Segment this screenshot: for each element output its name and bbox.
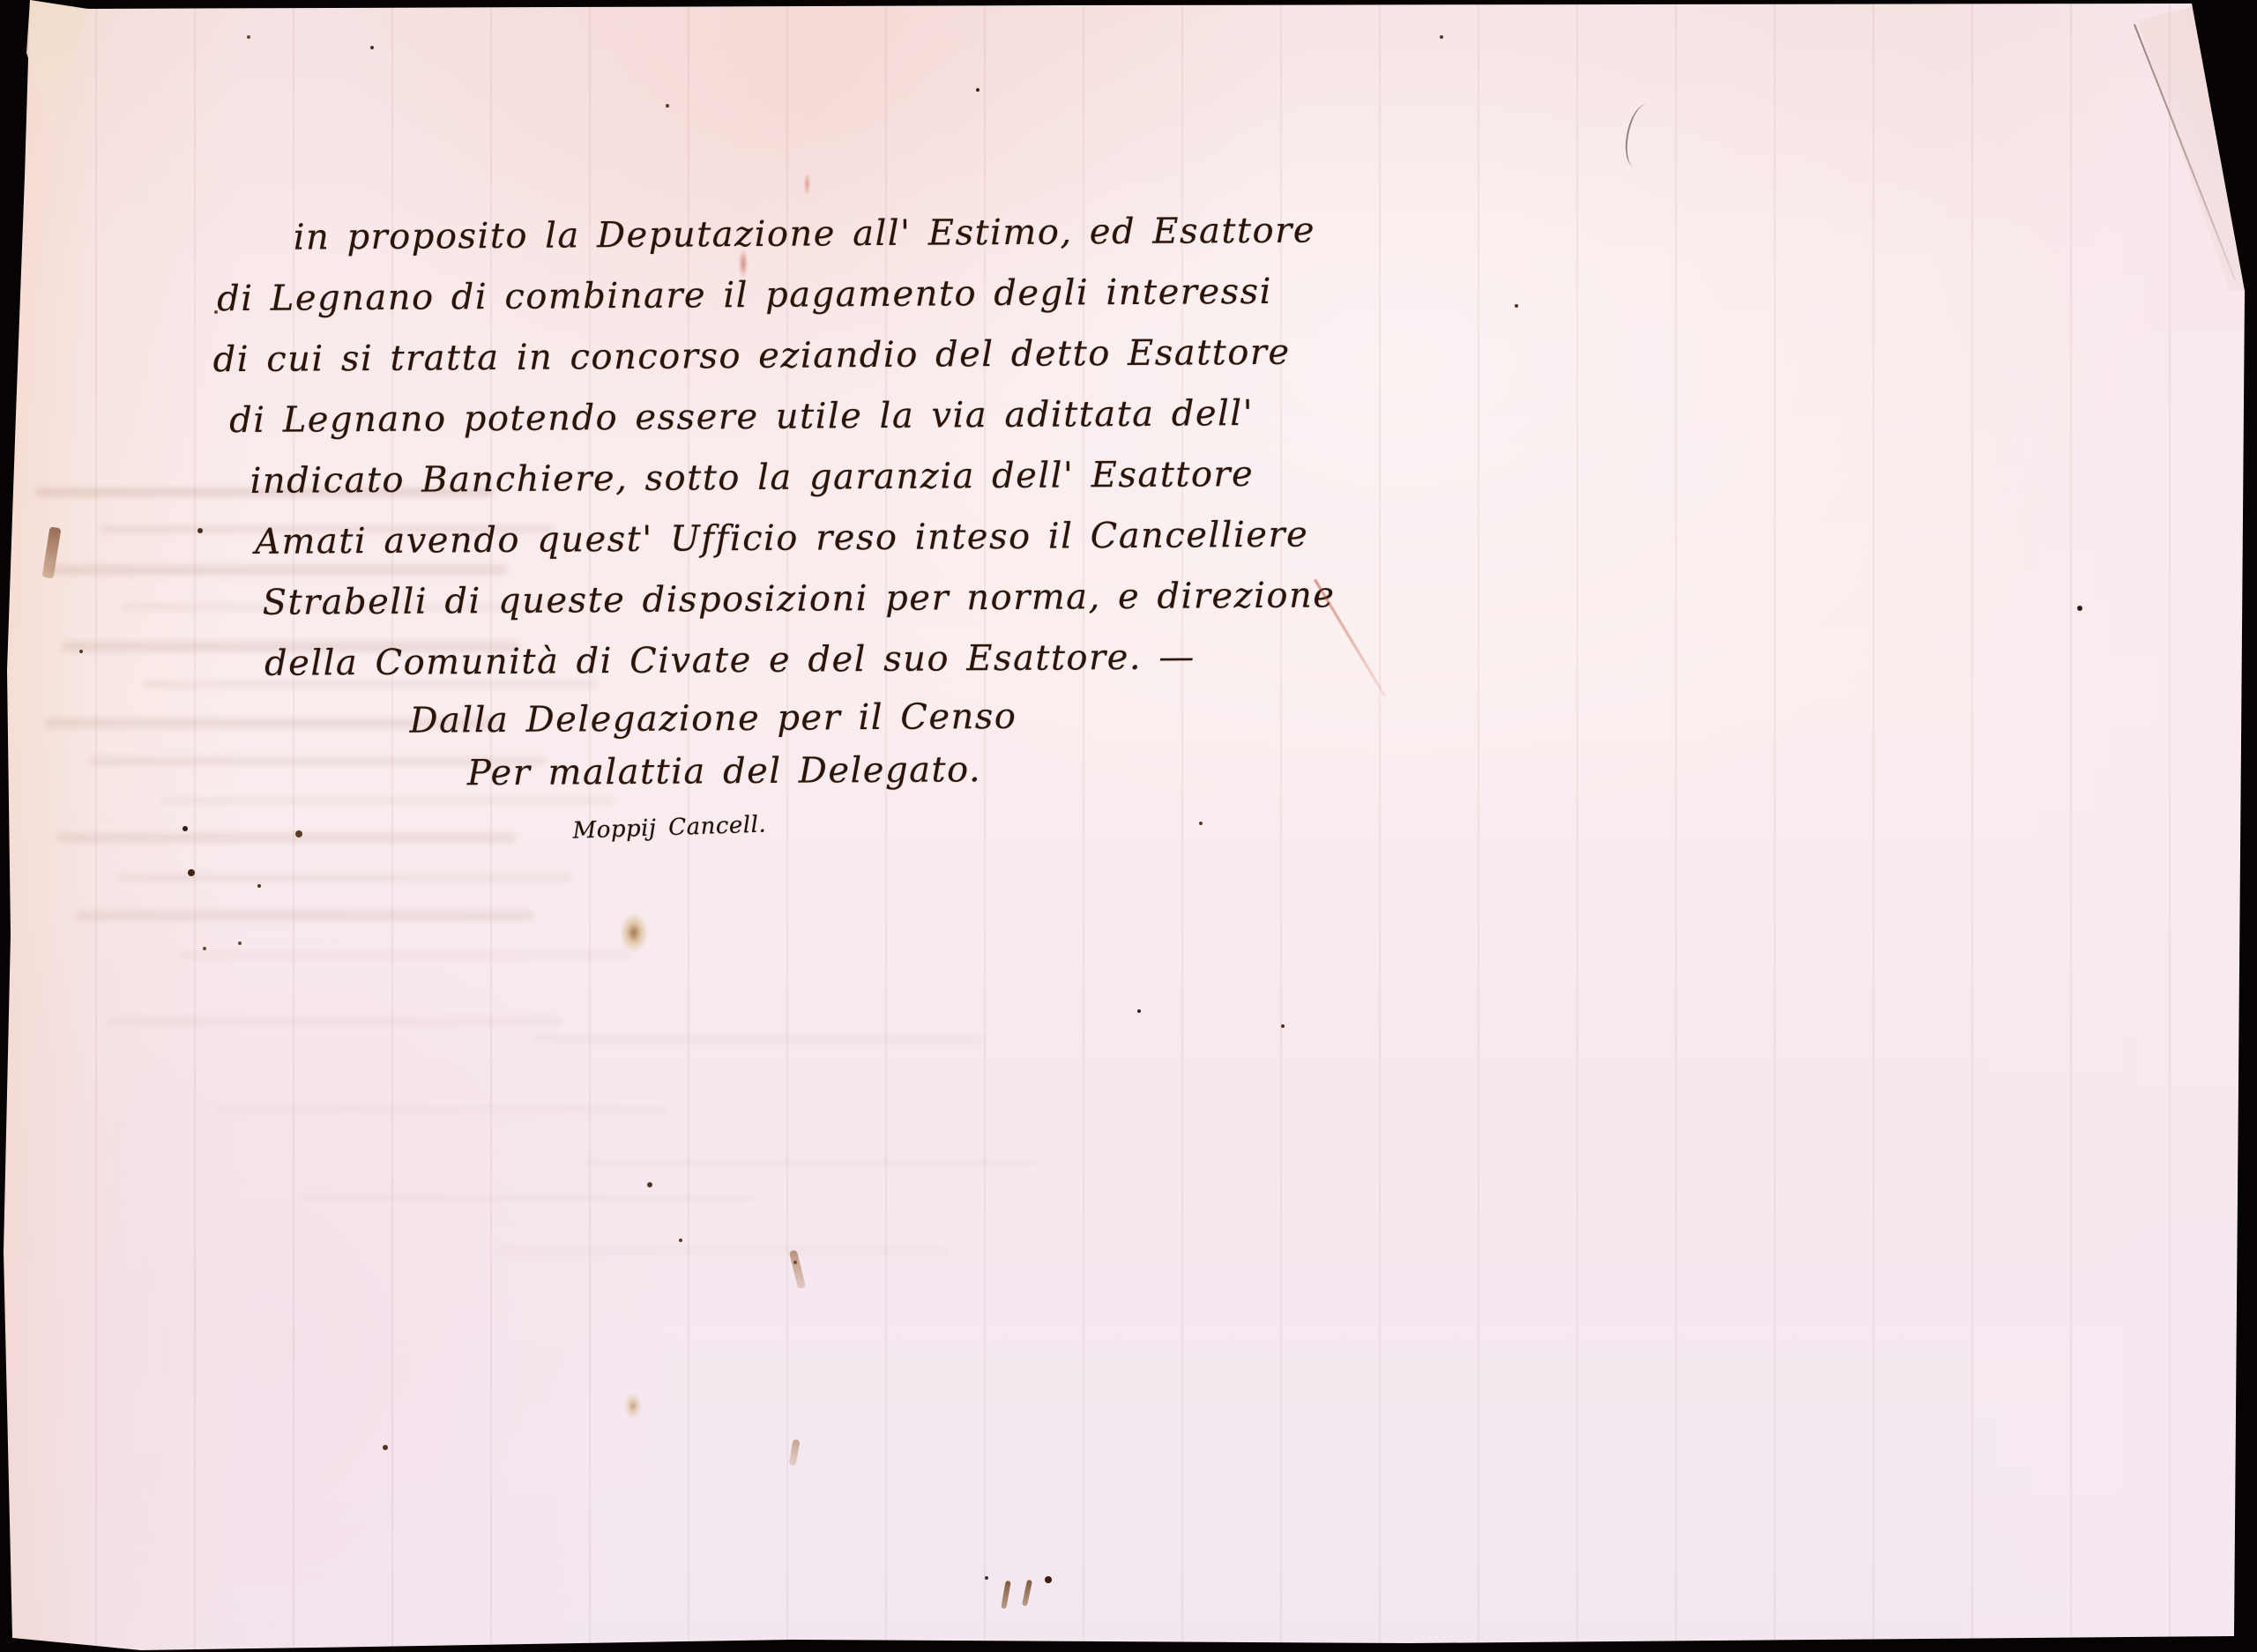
manuscript-line: Strabelli di queste disposizioni per nor… xyxy=(262,565,1335,633)
scratch-mark xyxy=(1622,102,1660,169)
ink-stroke-mark xyxy=(1022,1580,1032,1607)
stain-blot xyxy=(620,913,648,952)
manuscript-text: in proposito la Deputazione all' Estimo,… xyxy=(160,200,1337,846)
stain-blot xyxy=(804,173,810,196)
document-page: in proposito la Deputazione all' Estimo,… xyxy=(0,0,2257,1652)
stain-blot xyxy=(624,1393,642,1419)
ink-speckles xyxy=(370,46,374,49)
manuscript-closing-line: Dalla Delegazione per il Censo xyxy=(409,687,1336,748)
manuscript-line: di Legnano potendo essere utile la via a… xyxy=(229,383,1334,451)
manuscript-line: di Legnano di combinare il pagamento deg… xyxy=(217,261,1333,330)
ink-stroke-mark xyxy=(42,526,62,578)
stain-blot xyxy=(739,249,748,279)
manuscript-line: Amati avendo quest' Ufficio reso inteso … xyxy=(255,504,1335,573)
scanner-background: in proposito la Deputazione all' Estimo,… xyxy=(0,0,2257,1652)
ink-stroke-mark xyxy=(788,1440,800,1467)
manuscript-line: in proposito la Deputazione all' Estimo,… xyxy=(293,200,1332,268)
ink-stroke-mark xyxy=(789,1250,806,1290)
manuscript-line: della Comunità di Civate e del suo Esatt… xyxy=(264,626,1336,694)
ink-stroke-mark xyxy=(1001,1581,1010,1610)
manuscript-line: indicato Banchiere, sotto la garanzia de… xyxy=(250,443,1334,512)
folded-corner-crease xyxy=(2134,24,2236,280)
manuscript-line: di cui si tratta in concorso eziandio de… xyxy=(212,322,1333,391)
